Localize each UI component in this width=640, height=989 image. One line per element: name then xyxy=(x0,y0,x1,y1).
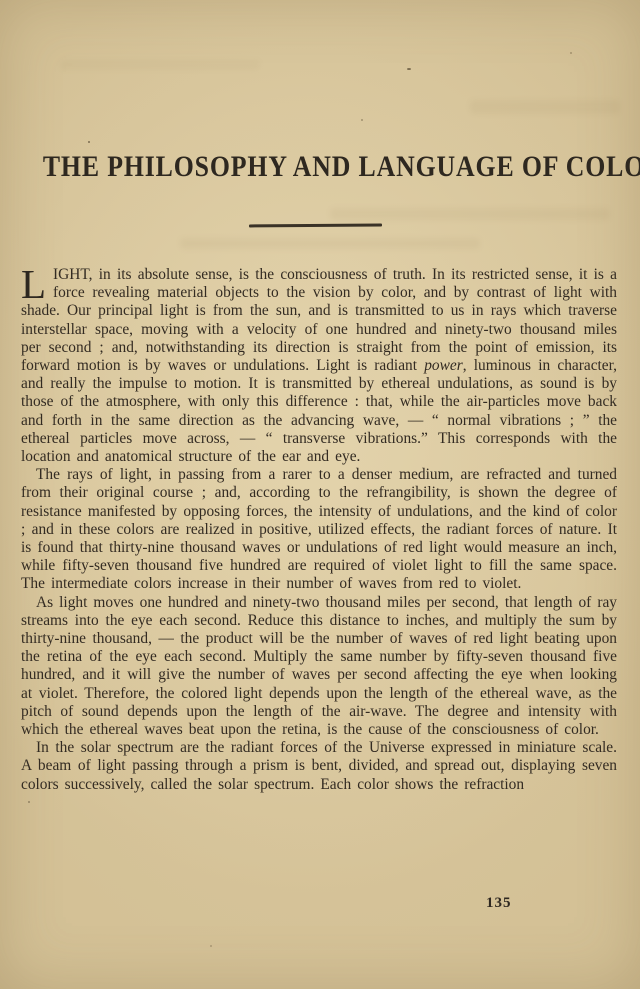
italic-word: power xyxy=(424,357,462,374)
bleed-through-mark xyxy=(330,208,610,220)
drop-cap: L xyxy=(21,266,53,301)
paper-speck xyxy=(570,52,572,54)
paper-speck xyxy=(407,68,411,70)
paragraph: In the solar spectrum are the radiant fo… xyxy=(21,739,617,794)
bleed-through-mark xyxy=(470,100,620,114)
bleed-through-mark xyxy=(60,60,260,70)
paper-speck xyxy=(88,141,90,143)
paragraph: The rays of light, in passing from a rar… xyxy=(21,466,617,593)
paragraph: As light moves one hundred and ninety-tw… xyxy=(21,594,617,740)
body-text: LIGHT, in its absolute sense, is the con… xyxy=(21,266,617,794)
book-page: THE PHILOSOPHY AND LANGUAGE OF COLORS. L… xyxy=(0,0,640,989)
title-divider xyxy=(249,224,382,228)
opening-paragraph: LIGHT, in its absolute sense, is the con… xyxy=(21,266,617,466)
paper-speck xyxy=(361,119,363,121)
paper-speck xyxy=(210,945,212,947)
page-title: THE PHILOSOPHY AND LANGUAGE OF COLORS. xyxy=(43,150,569,184)
page-number: 135 xyxy=(486,895,512,912)
bleed-through-mark xyxy=(180,238,480,249)
paper-speck xyxy=(28,801,30,803)
